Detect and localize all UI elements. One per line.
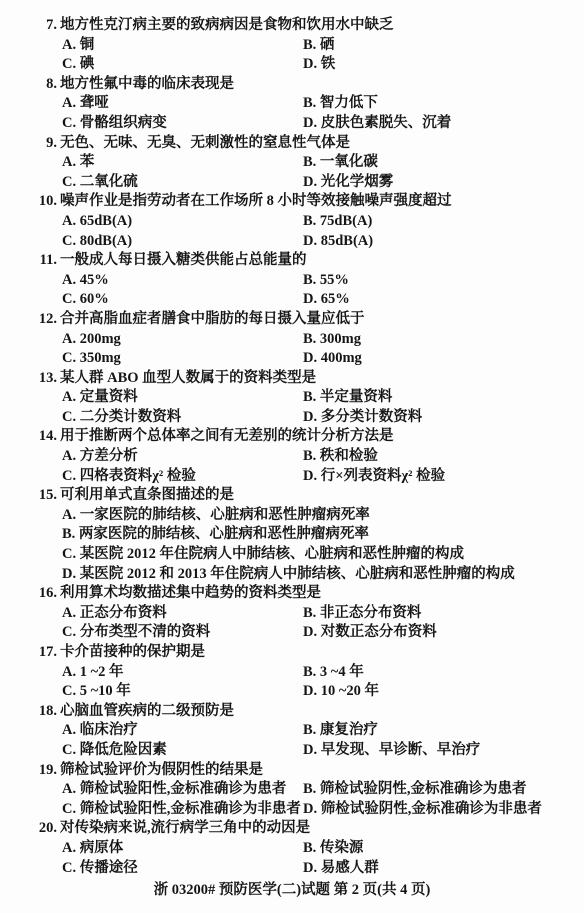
question-number: 16. bbox=[0, 584, 57, 604]
option: C. 某医院 2012 年住院病人中肺结核、心脏病和恶性肿瘤的构成 bbox=[62, 546, 464, 562]
option: A. 聋哑 bbox=[62, 94, 303, 114]
question-number: 8. bbox=[0, 75, 57, 95]
option: A. 病原体 bbox=[62, 839, 303, 859]
question-number: 18. bbox=[0, 702, 57, 722]
option: C. 80dB(A) bbox=[62, 232, 303, 252]
option: B. 秩和检验 bbox=[303, 447, 578, 467]
option: C. 骨骼组织病变 bbox=[62, 114, 303, 134]
question-stem-row: 11.一般成人每日摄入糖类供能占总能量的 bbox=[0, 251, 578, 271]
option-row: C. 碘D. 铁 bbox=[0, 55, 578, 75]
option: C. 分布类型不清的资料 bbox=[62, 623, 303, 643]
question-number: 20. bbox=[0, 819, 57, 839]
question-number: 11. bbox=[0, 251, 57, 271]
option: D. 铁 bbox=[303, 55, 578, 75]
option: C. 降低危险因素 bbox=[62, 741, 303, 761]
question-number: 14. bbox=[0, 427, 57, 447]
option-row: A. 一家医院的肺结核、心脏病和恶性肿瘤病死率 bbox=[0, 506, 578, 526]
option-row: A. 45%B. 55% bbox=[0, 271, 578, 291]
option: B. 传染源 bbox=[303, 839, 578, 859]
question-stem-row: 14.用于推断两个总体率之间有无差别的统计分析方法是 bbox=[0, 427, 578, 447]
option: A. 45% bbox=[62, 271, 303, 291]
question-stem: 筛检试验评价为假阴性的结果是 bbox=[57, 761, 263, 781]
option-row: C. 60%D. 65% bbox=[0, 290, 578, 310]
question-stem: 可利用单式直条图描述的是 bbox=[57, 486, 234, 506]
option-row: C. 350mgD. 400mg bbox=[0, 349, 578, 369]
option-row: A. 苯B. 一氧化碳 bbox=[0, 153, 578, 173]
question-stem: 利用算术均数描述集中趋势的资料类型是 bbox=[57, 584, 321, 604]
option-row: A. 聋哑B. 智力低下 bbox=[0, 94, 578, 114]
question-number: 17. bbox=[0, 643, 57, 663]
question-number: 13. bbox=[0, 369, 57, 389]
option: A. 正态分布资料 bbox=[62, 604, 303, 624]
option: A. 临床治疗 bbox=[62, 721, 303, 741]
option-row: A. 铜B. 硒 bbox=[0, 36, 578, 56]
option: B. 75dB(A) bbox=[303, 212, 578, 232]
option: A. 一家医院的肺结核、心脏病和恶性肿瘤病死率 bbox=[62, 507, 370, 523]
question-stem: 卡介苗接种的保护期是 bbox=[57, 643, 205, 663]
option: D. 65% bbox=[303, 290, 578, 310]
option: B. 一氧化碳 bbox=[303, 153, 578, 173]
question-stem: 地方性氟中毒的临床表现是 bbox=[57, 75, 234, 95]
option-row: A. 1 ~2 年B. 3 ~4 年 bbox=[0, 663, 578, 683]
question-stem-row: 19.筛检试验评价为假阴性的结果是 bbox=[0, 761, 578, 781]
question-number: 19. bbox=[0, 761, 57, 781]
question-stem-row: 12.合并高脂血症者膳食中脂肪的每日摄入量应低于 bbox=[0, 310, 578, 330]
option-row: C. 传播途径D. 易感人群 bbox=[0, 859, 578, 879]
option-row: C. 5 ~10 年D. 10 ~20 年 bbox=[0, 682, 578, 702]
option: D. 筛检试验阴性,金标准确诊为非患者 bbox=[303, 800, 578, 820]
question-stem: 一般成人每日摄入糖类供能占总能量的 bbox=[57, 251, 307, 271]
option-row: C. 降低危险因素D. 早发现、早诊断、早治疗 bbox=[0, 741, 578, 761]
option: A. 65dB(A) bbox=[62, 212, 303, 232]
option: A. 铜 bbox=[62, 36, 303, 56]
option: B. 55% bbox=[303, 271, 578, 291]
question-stem-row: 18.心脑血管疾病的二级预防是 bbox=[0, 702, 578, 722]
option-row: D. 某医院 2012 和 2013 年住院病人中肺结核、心脏病和恶性肿瘤的构成 bbox=[0, 565, 578, 585]
option-row: A. 病原体B. 传染源 bbox=[0, 839, 578, 859]
option-row: A. 临床治疗B. 康复治疗 bbox=[0, 721, 578, 741]
option-row: C. 筛检试验阳性,金标准确诊为非患者D. 筛检试验阴性,金标准确诊为非患者 bbox=[0, 800, 578, 820]
option: A. 1 ~2 年 bbox=[62, 663, 303, 683]
exam-page: 7.地方性克汀病主要的致病病因是食物和饮用水中缺乏A. 铜B. 硒C. 碘D. … bbox=[0, 0, 584, 913]
option: C. 5 ~10 年 bbox=[62, 682, 303, 702]
option: D. 多分类计数资料 bbox=[303, 408, 578, 428]
option: A. 方差分析 bbox=[62, 447, 303, 467]
option: B. 3 ~4 年 bbox=[303, 663, 578, 683]
option: B. 康复治疗 bbox=[303, 721, 578, 741]
question-stem-row: 10.噪声作业是指劳动者在工作场所 8 小时等效接触噪声强度超过 bbox=[0, 192, 578, 212]
option: C. 四格表资料χ² 检验 bbox=[62, 467, 303, 487]
question-stem: 对传染病来说,流行病学三角中的动因是 bbox=[57, 819, 310, 839]
question-stem-row: 20.对传染病来说,流行病学三角中的动因是 bbox=[0, 819, 578, 839]
option: D. 光化学烟雾 bbox=[303, 173, 578, 193]
option: A. 筛检试验阳性,金标准确诊为患者 bbox=[62, 780, 303, 800]
question-stem: 地方性克汀病主要的致病病因是食物和饮用水中缺乏 bbox=[57, 16, 394, 36]
question-number: 15. bbox=[0, 486, 57, 506]
option-row: A. 200mgB. 300mg bbox=[0, 330, 578, 350]
option: C. 350mg bbox=[62, 349, 303, 369]
question-number: 7. bbox=[0, 16, 57, 36]
option: C. 筛检试验阳性,金标准确诊为非患者 bbox=[62, 800, 303, 820]
option-row: A. 筛检试验阳性,金标准确诊为患者B. 筛检试验阴性,金标准确诊为患者 bbox=[0, 780, 578, 800]
question-number: 10. bbox=[0, 192, 57, 212]
question-stem-row: 7.地方性克汀病主要的致病病因是食物和饮用水中缺乏 bbox=[0, 16, 578, 36]
question-stem: 噪声作业是指劳动者在工作场所 8 小时等效接触噪声强度超过 bbox=[57, 192, 452, 212]
option: D. 400mg bbox=[303, 349, 578, 369]
question-stem-row: 16.利用算术均数描述集中趋势的资料类型是 bbox=[0, 584, 578, 604]
option-row: C. 分布类型不清的资料D. 对数正态分布资料 bbox=[0, 623, 578, 643]
option: D. 某医院 2012 和 2013 年住院病人中肺结核、心脏病和恶性肿瘤的构成 bbox=[62, 566, 515, 582]
page-footer: 浙 03200# 预防医学(二)试题 第 2 页(共 4 页) bbox=[0, 880, 584, 900]
option-row: C. 四格表资料χ² 检验D. 行×列表资料χ² 检验 bbox=[0, 467, 578, 487]
option: C. 传播途径 bbox=[62, 859, 303, 879]
option-row: C. 80dB(A)D. 85dB(A) bbox=[0, 232, 578, 252]
option-row: B. 两家医院的肺结核、心脏病和恶性肿瘤病死率 bbox=[0, 525, 578, 545]
option-row: C. 某医院 2012 年住院病人中肺结核、心脏病和恶性肿瘤的构成 bbox=[0, 545, 578, 565]
option: D. 85dB(A) bbox=[303, 232, 578, 252]
option-row: A. 方差分析B. 秩和检验 bbox=[0, 447, 578, 467]
option: D. 易感人群 bbox=[303, 859, 578, 879]
question-stem: 某人群 ABO 血型人数属于的资料类型是 bbox=[57, 369, 316, 389]
option: C. 二氧化硫 bbox=[62, 173, 303, 193]
option: A. 苯 bbox=[62, 153, 303, 173]
question-stem: 合并高脂血症者膳食中脂肪的每日摄入量应低于 bbox=[57, 310, 365, 330]
option: B. 非正态分布资料 bbox=[303, 604, 578, 624]
option: B. 两家医院的肺结核、心脏病和恶性肿瘤病死率 bbox=[62, 526, 369, 542]
option-row: A. 65dB(A)B. 75dB(A) bbox=[0, 212, 578, 232]
option-row: A. 定量资料B. 半定量资料 bbox=[0, 388, 578, 408]
question-number: 12. bbox=[0, 310, 57, 330]
option: A. 定量资料 bbox=[62, 388, 303, 408]
option: B. 智力低下 bbox=[303, 94, 578, 114]
option: B. 半定量资料 bbox=[303, 388, 578, 408]
option-row: C. 二氧化硫D. 光化学烟雾 bbox=[0, 173, 578, 193]
option: B. 硒 bbox=[303, 36, 578, 56]
question-stem-row: 9.无色、无味、无臭、无刺激性的窒息性气体是 bbox=[0, 134, 578, 154]
option: D. 行×列表资料χ² 检验 bbox=[303, 467, 578, 487]
option: A. 200mg bbox=[62, 330, 303, 350]
option: C. 碘 bbox=[62, 55, 303, 75]
question-stem-row: 13.某人群 ABO 血型人数属于的资料类型是 bbox=[0, 369, 578, 389]
option: D. 10 ~20 年 bbox=[303, 682, 578, 702]
question-stem-row: 8.地方性氟中毒的临床表现是 bbox=[0, 75, 578, 95]
question-stem: 用于推断两个总体率之间有无差别的统计分析方法是 bbox=[57, 427, 394, 447]
question-stem: 无色、无味、无臭、无刺激性的窒息性气体是 bbox=[57, 134, 350, 154]
option: C. 二分类计数资料 bbox=[62, 408, 303, 428]
option: B. 筛检试验阴性,金标准确诊为患者 bbox=[303, 780, 578, 800]
option: C. 60% bbox=[62, 290, 303, 310]
option-row: C. 二分类计数资料D. 多分类计数资料 bbox=[0, 408, 578, 428]
option: D. 皮肤色素脱失、沉着 bbox=[303, 114, 578, 134]
question-stem: 心脑血管疾病的二级预防是 bbox=[57, 702, 234, 722]
option: B. 300mg bbox=[303, 330, 578, 350]
option-row: C. 骨骼组织病变D. 皮肤色素脱失、沉着 bbox=[0, 114, 578, 134]
question-number: 9. bbox=[0, 134, 57, 154]
option-row: A. 正态分布资料B. 非正态分布资料 bbox=[0, 604, 578, 624]
option: D. 早发现、早诊断、早治疗 bbox=[303, 741, 578, 761]
option: D. 对数正态分布资料 bbox=[303, 623, 578, 643]
question-stem-row: 15.可利用单式直条图描述的是 bbox=[0, 486, 578, 506]
question-stem-row: 17.卡介苗接种的保护期是 bbox=[0, 643, 578, 663]
question-list: 7.地方性克汀病主要的致病病因是食物和饮用水中缺乏A. 铜B. 硒C. 碘D. … bbox=[0, 16, 578, 878]
